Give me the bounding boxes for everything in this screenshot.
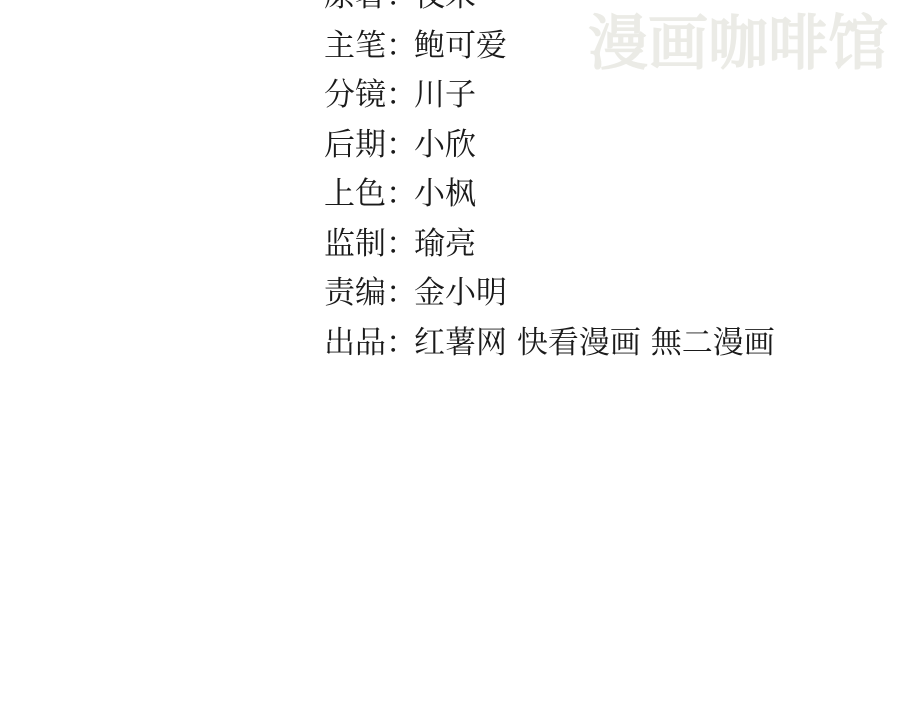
credit-row-lead-artist: 主笔： 鲍可爱 [324,18,775,68]
credit-label: 出品： [324,317,414,362]
credit-label: 分镜： [324,69,414,114]
credit-row-supervisor: 监制： 瑜亮 [324,216,775,266]
credit-row-original-author: 原著： 夜未 [324,0,775,18]
credit-value: 金小明 [414,267,507,312]
credit-label: 后期： [324,119,414,164]
credit-value: 小枫 [414,168,476,213]
credit-value: 红薯网 快看漫画 無二漫画 [414,317,775,362]
credit-row-storyboard: 分镜： 川子 [324,67,775,117]
credit-row-post-production: 后期： 小欣 [324,117,775,167]
credit-label: 监制： [324,218,414,263]
credit-value: 川子 [414,69,476,114]
credit-value: 鲍可爱 [414,20,507,65]
credit-value: 夜未 [414,0,476,15]
credits-list: 原著： 夜未 主笔： 鲍可爱 分镜： 川子 后期： 小欣 上色： 小枫 监制： … [324,0,775,364]
credit-label: 原著： [324,0,414,15]
credit-value: 小欣 [414,119,476,164]
credit-label: 主笔： [324,20,414,65]
credit-label: 上色： [324,168,414,213]
credit-label: 责编： [324,267,414,312]
credit-row-coloring: 上色： 小枫 [324,166,775,216]
credit-value: 瑜亮 [414,218,476,263]
credit-row-editor: 责编： 金小明 [324,265,775,315]
credit-row-producer: 出品： 红薯网 快看漫画 無二漫画 [324,315,775,365]
